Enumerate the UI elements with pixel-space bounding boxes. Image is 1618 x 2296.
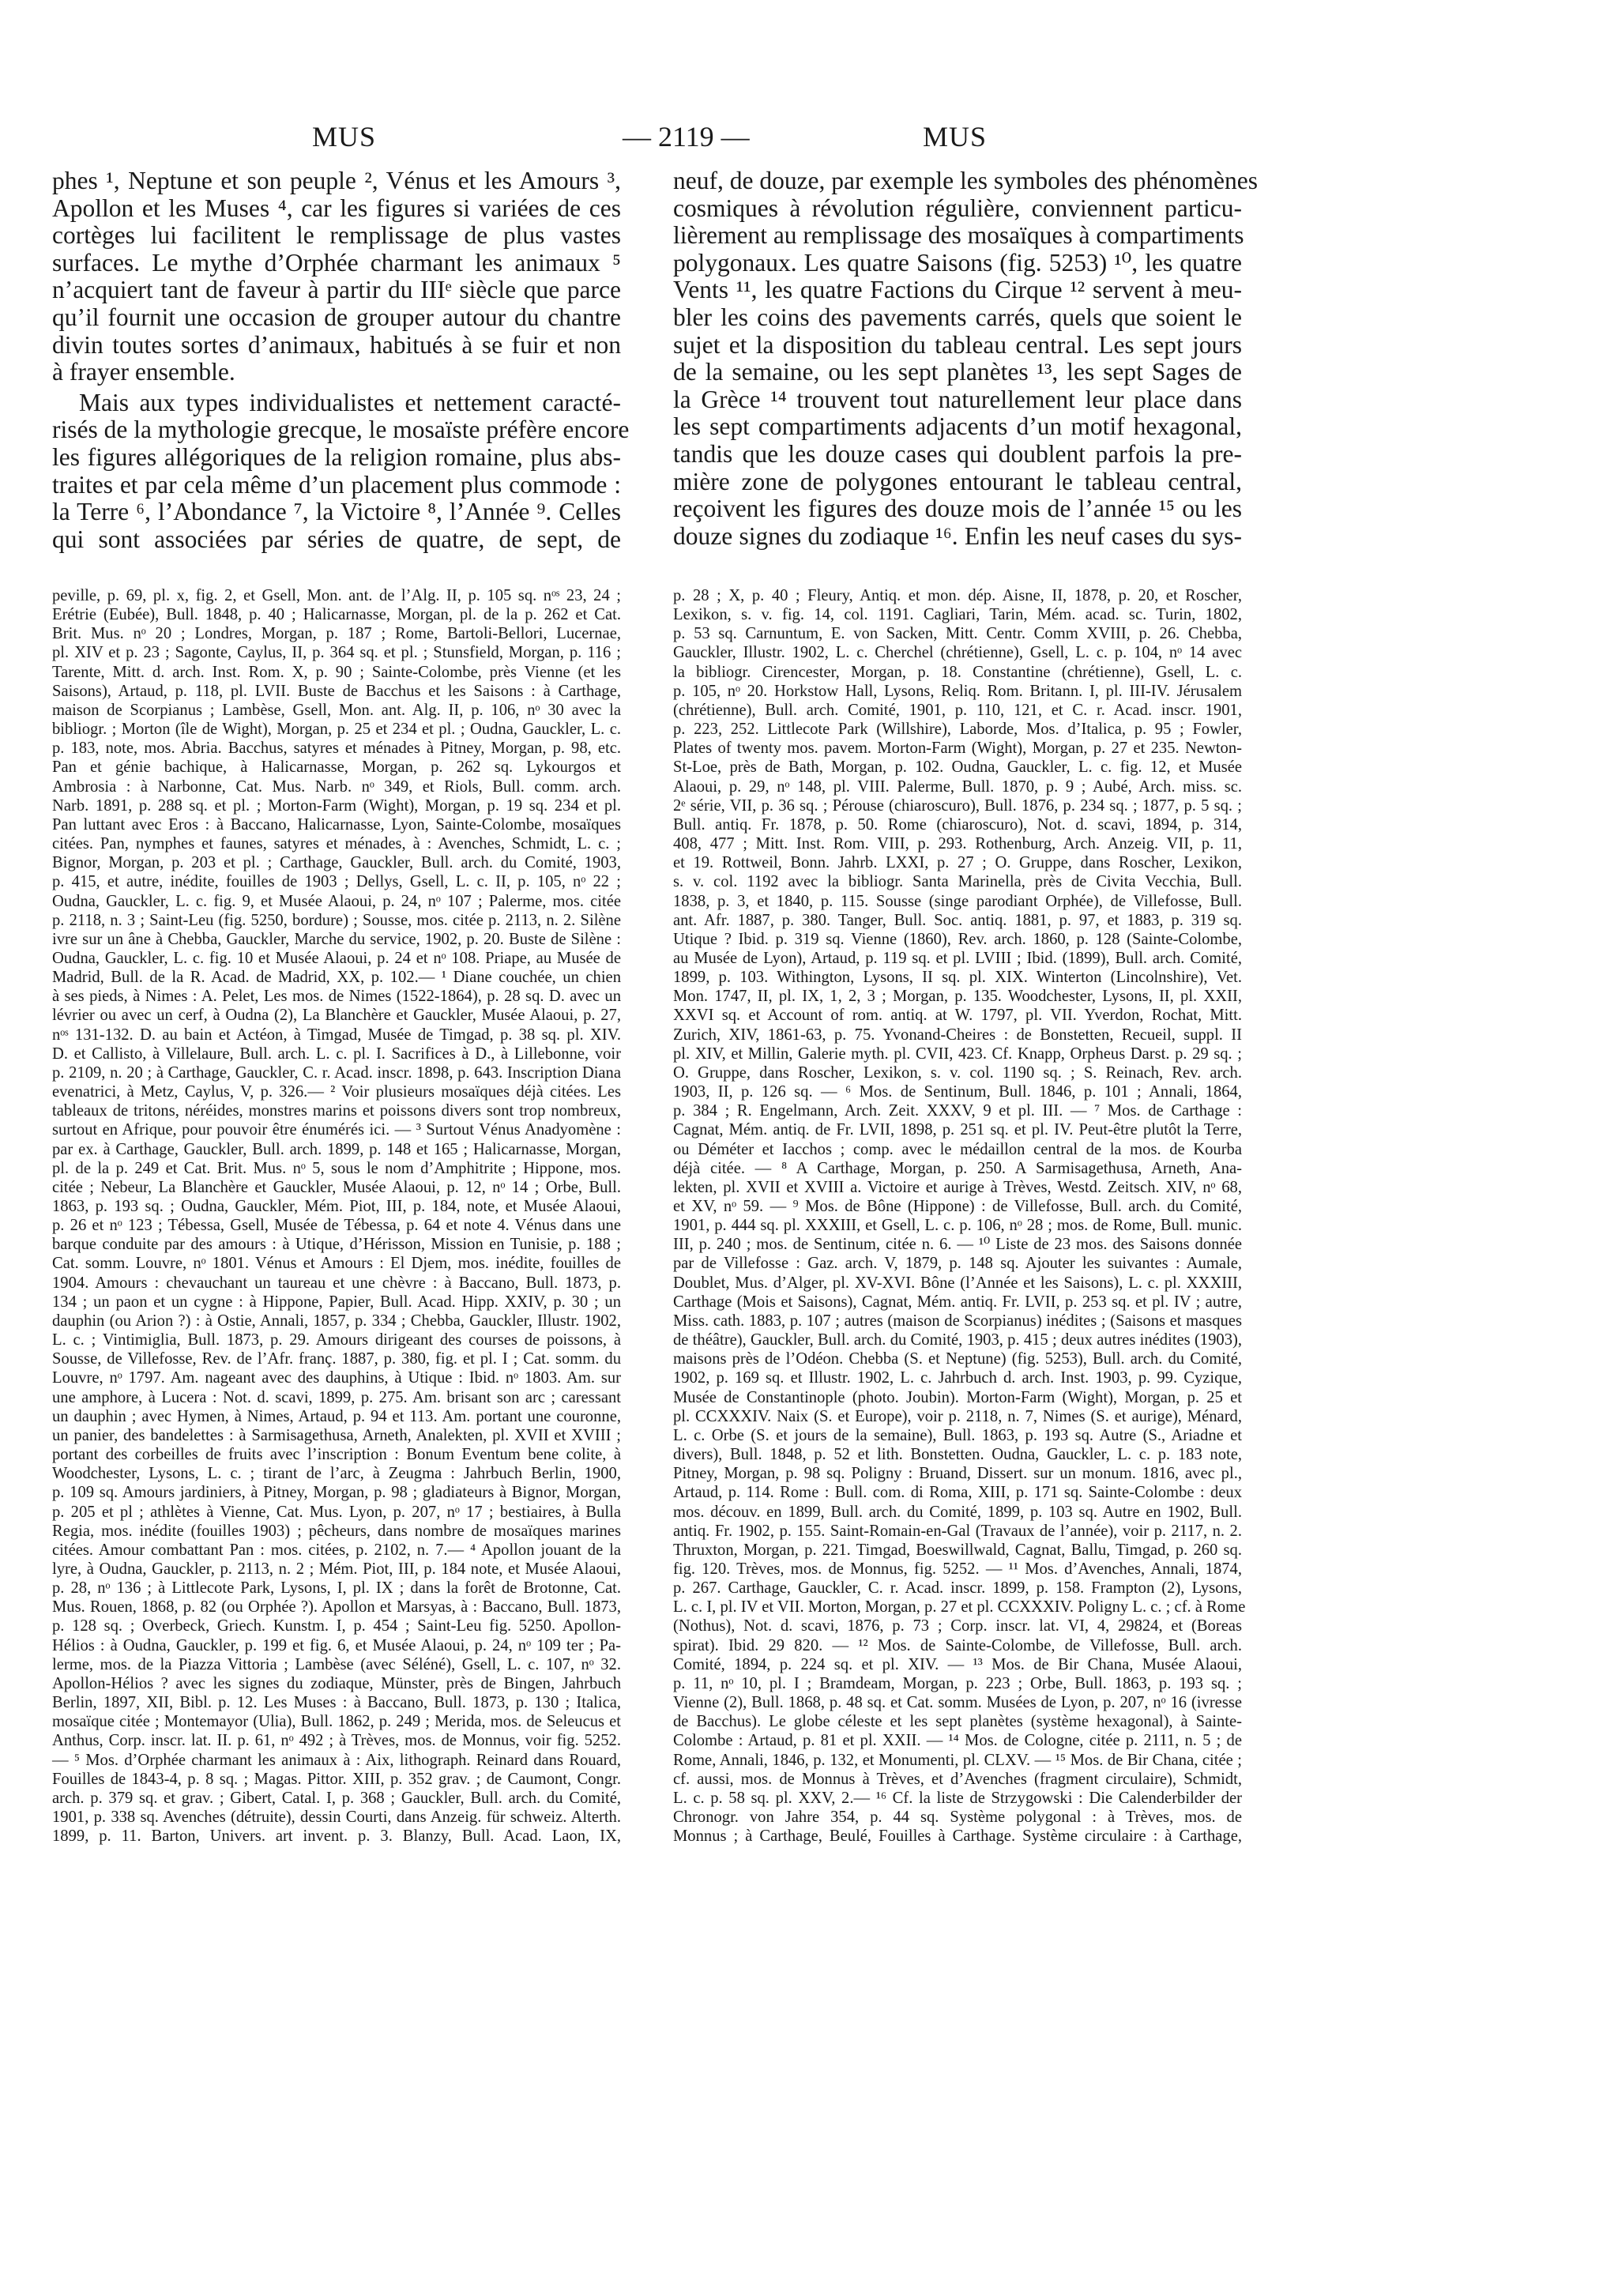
footnote-line: L. c. Orbe (S. et jours de la semaine), … [673, 1426, 1242, 1445]
body-text-line: qu’il fournit une occasion de grouper au… [52, 304, 621, 332]
right-column-body-text: neuf, de douze, par exemple les symboles… [673, 167, 1242, 550]
footnote-line: citées. Pan, nymphes et faunes, satyres … [52, 834, 621, 853]
footnote-line: Fouilles de 1843-4, p. 8 sq. ; Magas. Pi… [52, 1770, 621, 1789]
body-text-line: neuf, de douze, par exemple les symboles… [673, 167, 1242, 195]
footnote-line: dauphin (ou Arion ?) : à Ostie, Annali, … [52, 1312, 621, 1331]
body-text-line: Mais aux types individualistes et nettem… [52, 390, 621, 417]
footnote-line: p. 415, et autre, inédite, fouilles de 1… [52, 872, 621, 891]
body-text-line: divin toutes sortes d’animaux, habitués … [52, 332, 621, 359]
left-column-body-text: phes ¹, Neptune et son peuple ², Vénus e… [52, 167, 621, 553]
footnote-line: Pan et génie bachique, à Halicarnasse, M… [52, 758, 621, 777]
footnote-line: Pan luttant avec Eros : à Baccano, Halic… [52, 815, 621, 834]
footnote-line: Berlin, 1897, XII, Bibl. p. 12. Les Muse… [52, 1693, 621, 1712]
footnote-line: Regia, mos. inédite (fouilles 1903) ; pê… [52, 1522, 621, 1541]
footnote-line: Hélios : à Oudna, Gauckler, p. 199 et fi… [52, 1636, 621, 1655]
footnote-line: p. 26 et nᵒ 123 ; Tébessa, Gsell, Musée … [52, 1216, 621, 1235]
footnote-line: Oudna, Gauckler, L. c. fig. 9, et Musée … [52, 892, 621, 911]
body-text-line: sujet et la disposition du tableau centr… [673, 332, 1242, 359]
footnote-line: p. 28, nᵒ 136 ; à Littlecote Park, Lyson… [52, 1579, 621, 1598]
footnote-line: Rome, Annali, 1846, p. 132, et Monumenti… [673, 1751, 1242, 1770]
footnote-line: p. 183, note, mos. Abria. Bacchus, satyr… [52, 739, 621, 758]
footnote-line: Tarente, Mitt. d. arch. Inst. Rom. X, p.… [52, 663, 621, 682]
footnote-line: 1899, p. 103. Withington, Lysons, II sq.… [673, 968, 1242, 987]
body-text-line: les figures allégoriques de la religion … [52, 444, 621, 472]
body-text-line: de la semaine, ou les sept planètes ¹³, … [673, 359, 1242, 386]
footnote-line: 1901, p. 338 sq. Avenches (détruite), de… [52, 1808, 621, 1827]
page-number: — 2119 — [623, 120, 750, 153]
footnote-line: Bull. antiq. Fr. 1878, p. 50. Rome (chia… [673, 815, 1242, 834]
footnote-line: p. 105, nᵒ 20. Horkstow Hall, Lysons, Re… [673, 682, 1242, 701]
body-text-line: cosmiques à révolution régulière, convie… [673, 195, 1242, 223]
footnote-line: Alaoui, p. 29, nᵒ 148, pl. VIII. Palerme… [673, 777, 1242, 796]
footnote-line: p. 53 sq. Carnuntum, E. von Sacken, Mitt… [673, 624, 1242, 643]
footnote-line: Doublet, Mus. d’Alger, pl. XV-XVI. Bône … [673, 1274, 1242, 1293]
footnote-line: par de Villefosse : Gaz. arch. V, 1879, … [673, 1254, 1242, 1273]
footnote-line: surtout en Afrique, pour pouvoir être én… [52, 1120, 621, 1139]
body-text-line: qui sont associées par séries de quatre,… [52, 526, 621, 554]
footnote-line: Louvre, nᵒ 1797. Am. nageant avec des da… [52, 1368, 621, 1387]
footnote-line: déjà citée. — ⁸ A Carthage, Morgan, p. 2… [673, 1159, 1242, 1178]
body-text-line: bler les coins des pavements carrés, que… [673, 304, 1242, 332]
footnote-line: mosaïque citée ; Montemayor (Ulia), Bull… [52, 1712, 621, 1731]
footnote-line: Woodchester, Lysons, L. c. ; tirant de l… [52, 1464, 621, 1483]
footnote-line: pl. XIV, et Millin, Galerie myth. pl. CV… [673, 1044, 1242, 1063]
footnote-line: Carthage (Mois et Saisons), Cagnat, Mém.… [673, 1293, 1242, 1312]
footnote-line: Zurich, XIV, 1861-63, p. 75. Yvonand-Che… [673, 1026, 1242, 1044]
footnote-line: Mus. Rouen, 1868, p. 82 (ou Orphée ?). A… [52, 1598, 621, 1617]
footnote-line: Vienne (2), Bull. 1868, p. 48 sq. et Cat… [673, 1693, 1242, 1712]
footnote-line: citées. Amour combattant Pan : mos. cité… [52, 1541, 621, 1560]
right-column-footnotes: p. 28 ; X, p. 40 ; Fleury, Antiq. et mon… [673, 586, 1242, 1846]
footnote-line: une amphore, à Lucera : Not. d. scavi, 1… [52, 1388, 621, 1407]
footnote-line: Colombe : Artaud, p. 81 et pl. XXII. — ¹… [673, 1731, 1242, 1750]
footnote-line: Thruxton, Morgan, p. 221. Timgad, Boeswi… [673, 1541, 1242, 1560]
footnote-line: Cat. somm. Louvre, nᵒ 1801. Vénus et Amo… [52, 1254, 621, 1273]
footnote-line: 2ᵉ série, VII, p. 36 sq. ; Pérouse (chia… [673, 796, 1242, 815]
body-text-line: polygonaux. Les quatre Saisons (fig. 525… [673, 250, 1242, 277]
footnote-line: 1863, p. 193 sq. ; Oudna, Gauckler, Mém.… [52, 1197, 621, 1216]
footnote-line: bibliogr. ; Morton (île de Wight), Morga… [52, 720, 621, 739]
footnote-line: Saisons), Artaud, p. 118, pl. LVII. Bust… [52, 682, 621, 701]
footnote-line: Apollon-Hélios ? avec les signes du zodi… [52, 1674, 621, 1693]
footnote-line: et 19. Rottweil, Bonn. Jahrb. LXXI, p. 2… [673, 853, 1242, 872]
footnote-line: de Bacchus). Le globe céleste et les sep… [673, 1712, 1242, 1731]
footnote-line: Miss. cath. 1883, p. 107 ; autres (maiso… [673, 1312, 1242, 1331]
footnote-line: O. Gruppe, dans Roscher, Lexikon, s. v. … [673, 1063, 1242, 1082]
footnote-line: Cagnat, Mém. antiq. de Fr. LVII, 1898, p… [673, 1120, 1242, 1139]
footnote-line: un panier, des bandelettes : à Sarmisage… [52, 1426, 621, 1445]
footnote-line: Mon. 1747, II, pl. IX, 1, 2, 3 ; Morgan,… [673, 987, 1242, 1006]
footnote-line: tableaux de tritons, néréides, monstres … [52, 1101, 621, 1120]
footnote-line: cf. aussi, mos. de Monnus à Trèves, et d… [673, 1770, 1242, 1789]
footnote-line: peville, p. 69, pl. x, fig. 2, et Gsell,… [52, 586, 621, 605]
footnote-line: spirat). Ibid. 29 820. — ¹² Mos. de Sain… [673, 1636, 1242, 1655]
body-text-line: douze signes du zodiaque ¹⁶. Enfin les n… [673, 523, 1242, 551]
footnote-line: lerme, mos. de la Piazza Vittoria ; Lamb… [52, 1655, 621, 1674]
footnote-line: Pitney, Morgan, p. 98 sq. Poligny : Brua… [673, 1464, 1242, 1483]
footnote-line: Anthus, Corp. inscr. lat. II. p. 61, nᵒ … [52, 1731, 621, 1750]
footnote-line: à ses pieds, à Nimes : A. Pelet, Les mos… [52, 987, 621, 1006]
footnote-line: Plates of twenty mos. pavem. Morton-Farm… [673, 739, 1242, 758]
footnote-line: ou Déméter et Iacchos ; comp. avec le mé… [673, 1140, 1242, 1159]
footnote-line: pl. de la p. 249 et Cat. Brit. Mus. nᵒ 5… [52, 1159, 621, 1178]
footnote-line: Erétrie (Eubée), Bull. 1848, p. 40 ; Hal… [52, 605, 621, 624]
left-column-footnotes: peville, p. 69, pl. x, fig. 2, et Gsell,… [52, 586, 621, 1846]
footnote-line: 1902, p. 169 sq. et Illustr. 1902, L. c.… [673, 1368, 1242, 1387]
footnote-line: Oudna, Gauckler, L. c. fig. 10 et Musée … [52, 949, 621, 968]
footnote-line: p. 11, nᵒ 10, pl. I ; Bramdeam, Morgan, … [673, 1674, 1242, 1693]
footnote-line: Gauckler, Illustr. 1902, L. c. Cherchel … [673, 643, 1242, 662]
footnote-line: p. 109 sq. Amours jardiniers, à Pitney, … [52, 1483, 621, 1502]
footnote-line: au Musée de Lyon), Artaud, p. 119 sq. et… [673, 949, 1242, 968]
footnote-line: portant des corbeilles de fruits avec l’… [52, 1445, 621, 1464]
footnote-line: Ambrosia : à Narbonne, Cat. Mus. Narb. n… [52, 777, 621, 796]
body-text-line: la Terre ⁶, l’Abondance ⁷, la Victoire ⁸… [52, 499, 621, 526]
footnote-line: 408, 477 ; Mitt. Inst. Rom. VIII, p. 293… [673, 834, 1242, 853]
footnote-line: 1903, II, p. 126 sq. — ⁶ Mos. de Sentinu… [673, 1082, 1242, 1101]
footnote-line: Comité, 1894, p. 224 sq. et pl. XIV. — ¹… [673, 1655, 1242, 1674]
footnote-line: 1901, p. 444 sq. pl. XXXIII, et Gsell, L… [673, 1216, 1242, 1235]
footnote-line: antiq. Fr. 1902, p. 155. Saint-Romain-en… [673, 1522, 1242, 1541]
footnote-line: lekten, pl. XVII et XVIII a. Victoire et… [673, 1178, 1242, 1197]
footnote-line: Narb. 1891, p. 288 sq. et pl. ; Morton-F… [52, 796, 621, 815]
body-text-line: lièrement au remplissage des mosaïques à… [673, 222, 1242, 250]
footnote-line: s. v. col. 1192 avec la bibliogr. Santa … [673, 872, 1242, 891]
footnote-line: maison de Scorpianus ; Lambèse, Gsell, M… [52, 701, 621, 720]
body-text-line: tandis que les douze cases qui doublent … [673, 441, 1242, 469]
body-text-line: n’acquiert tant de faveur à partir du II… [52, 277, 621, 304]
body-text-line: à frayer ensemble. [52, 359, 621, 386]
body-text-line: risés de la mythologie grecque, le mosaï… [52, 416, 621, 444]
body-text-line: les sept compartiments adjacents d’un mo… [673, 413, 1242, 441]
footnote-line: barque conduite par des amours : à Utiqu… [52, 1235, 621, 1254]
footnote-line: la bibliogr. Cirencester, Morgan, p. 18.… [673, 663, 1242, 682]
body-text-line: Apollon et les Muses ⁴, car les figures … [52, 195, 621, 223]
footnote-line: evenatrici, à Metz, Caylus, V, p. 326.— … [52, 1082, 621, 1101]
footnote-line: ant. Afr. 1887, p. 380. Tanger, Bull. So… [673, 911, 1242, 930]
footnote-line: (Nothus), Not. d. scavi, 1876, p. 73 ; C… [673, 1617, 1242, 1635]
footnote-line: p. 2118, n. 3 ; Saint-Leu (fig. 5250, bo… [52, 911, 621, 930]
footnote-line: p. 128 sq. ; Overbeck, Griech. Kunstm. I… [52, 1617, 621, 1635]
footnote-line: pl. CCXXXIV. Naix (S. et Europe), voir p… [673, 1407, 1242, 1426]
footnote-line: L. c. p. 58 sq. pl. XXV, 2.— ¹⁶ Cf. la l… [673, 1789, 1242, 1808]
footnote-line: Madrid, Bull. de la R. Acad. de Madrid, … [52, 968, 621, 987]
footnote-line: — ⁵ Mos. d’Orphée charmant les animaux à… [52, 1751, 621, 1770]
body-text-line: mière zone de polygones entourant le tab… [673, 469, 1242, 496]
footnote-line: III, p. 240 ; mos. de Sentinum, citée n.… [673, 1235, 1242, 1254]
body-text-line: traites et par cela même d’un placement … [52, 472, 621, 499]
footnote-line: nᵒˢ 131-132. D. au bain et Actéon, à Tim… [52, 1026, 621, 1044]
footnote-line: Musée de Constantinople (photo. Joubin).… [673, 1388, 1242, 1407]
body-text-line: phes ¹, Neptune et son peuple ², Vénus e… [52, 167, 621, 195]
footnote-line: p. 267. Carthage, Gauckler, C. r. Acad. … [673, 1579, 1242, 1598]
footnote-line: fig. 120. Trèves, mos. de Monnus, fig. 5… [673, 1560, 1242, 1579]
footnote-line: L. c. ; Vintimiglia, Bull. 1873, p. 29. … [52, 1331, 621, 1349]
left-running-head: MUS [312, 120, 376, 153]
footnote-line: (chrétienne), Bull. arch. Comité, 1901, … [673, 701, 1242, 720]
footnote-line: arch. p. 379 sq. et grav. ; Gibert, Cata… [52, 1789, 621, 1808]
footnote-line: Brit. Mus. nᵒ 20 ; Londres, Morgan, p. 1… [52, 624, 621, 643]
footnote-line: p. 223, 252. Littlecote Park (Willshire)… [673, 720, 1242, 739]
footnote-line: divers), Bull. 1848, p. 52 et lith. Bons… [673, 1445, 1242, 1464]
footnote-line: et XV, nᵒ 59. — ⁹ Mos. de Bône (Hippone)… [673, 1197, 1242, 1216]
footnote-line: de théâtre), Gauckler, Bull. arch. du Co… [673, 1331, 1242, 1349]
footnote-line: 1899, p. 11. Barton, Univers. art invent… [52, 1827, 621, 1846]
body-text-line: la Grèce ¹⁴ trouvent tout naturellement … [673, 386, 1242, 414]
body-text-line: cortèges lui facilitent le remplissage d… [52, 222, 621, 250]
footnote-line: 1904. Amours : chevauchant un taureau et… [52, 1274, 621, 1293]
footnote-line: Utique ? Ibid. p. 319 sq. Vienne (1860),… [673, 930, 1242, 949]
footnote-line: pl. XIV et p. 23 ; Sagonte, Caylus, II, … [52, 643, 621, 662]
footnote-line: D. et Callisto, à Villelaure, Bull. arch… [52, 1044, 621, 1063]
footnote-line: 1838, p. 3, et 1840, p. 115. Sousse (sin… [673, 892, 1242, 911]
footnote-line: citée ; Nebeur, La Blanchère et Gauckler… [52, 1178, 621, 1197]
footnote-line: p. 2109, n. 20 ; à Carthage, Gauckler, C… [52, 1063, 621, 1082]
footnote-line: Monnus ; à Carthage, Beulé, Fouilles à C… [673, 1827, 1242, 1846]
footnote-line: XXVI sq. et Account of rom. antiq. at W.… [673, 1006, 1242, 1025]
footnote-line: Sousse, de Villefosse, Rev. de l’Afr. fr… [52, 1349, 621, 1368]
footnote-line: L. c. I, pl. IV et VII. Morton, Morgan, … [673, 1598, 1242, 1617]
footnote-line: Lexikon, s. v. fig. 14, col. 1191. Cagli… [673, 605, 1242, 624]
footnote-line: Artaud, p. 114. Rome : Bull. com. di Rom… [673, 1483, 1242, 1502]
footnote-line: ivre sur un âne à Chebba, Gauckler, Marc… [52, 930, 621, 949]
footnote-line: Chronogr. von Jahre 354, p. 44 sq. Systè… [673, 1808, 1242, 1827]
right-running-head: MUS [923, 120, 987, 153]
footnote-line: mos. découv. en 1899, Bull. arch. du Com… [673, 1503, 1242, 1522]
running-header: MUS — 2119 — MUS [0, 120, 1618, 160]
body-text-line: reçoivent les figures des douze mois de … [673, 495, 1242, 523]
body-text-line: surfaces. Le mythe d’Orphée charmant les… [52, 250, 621, 277]
footnote-line: par ex. à Carthage, Gauckler, Bull. arch… [52, 1140, 621, 1159]
footnote-line: p. 28 ; X, p. 40 ; Fleury, Antiq. et mon… [673, 586, 1242, 605]
footnote-line: St-Loe, près de Bath, Morgan, p. 102. Ou… [673, 758, 1242, 777]
footnote-line: p. 205 et pl ; athlètes à Vienne, Cat. M… [52, 1503, 621, 1522]
body-text-line: Vents ¹¹, les quatre Factions du Cirque … [673, 277, 1242, 304]
footnote-line: lévrier ou avec un cerf, à Oudna (2), La… [52, 1006, 621, 1025]
footnote-line: p. 384 ; R. Engelmann, Arch. Zeit. XXXV,… [673, 1101, 1242, 1120]
footnote-line: 134 ; un paon et un cygne : à Hippone, P… [52, 1293, 621, 1312]
footnote-line: Bignor, Morgan, p. 203 et pl. ; Carthage… [52, 853, 621, 872]
footnote-line: maisons près de l’Odéon. Chebba (S. et N… [673, 1349, 1242, 1368]
footnote-line: un dauphin ; avec Hymen, à Nimes, Artaud… [52, 1407, 621, 1426]
footnote-line: lyre, à Oudna, Gauckler, p. 2113, n. 2 ;… [52, 1560, 621, 1579]
